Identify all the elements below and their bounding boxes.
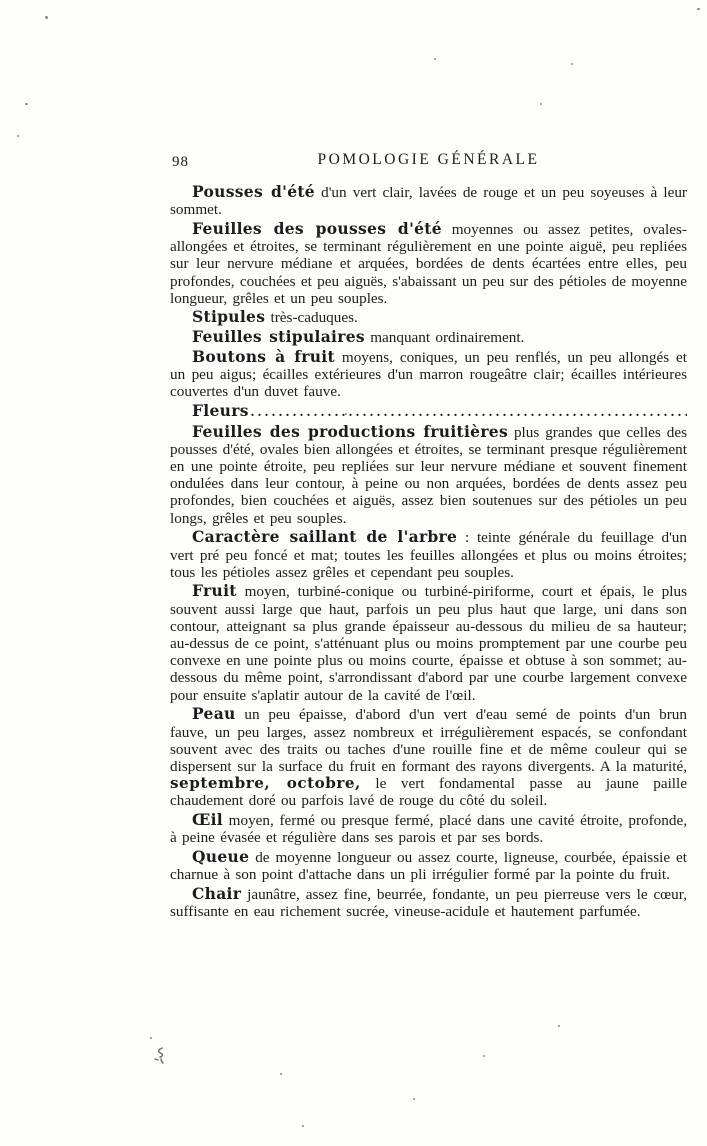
paragraph-fruit: Fruit moyen, turbiné-conique ou turbiné-… — [170, 582, 687, 703]
term-caractere-arbre: Caractère saillant de l'arbre — [192, 527, 457, 546]
paragraph-pousses-d-ete: Pousses d'été d'un vert clair, lavées de… — [170, 183, 687, 218]
term-fruit: Fruit — [192, 581, 237, 600]
term-chair: Chair — [192, 884, 241, 903]
term-oeil: Œil — [192, 810, 223, 829]
scan-speck — [571, 63, 573, 65]
paragraph-oeil: Œil moyen, fermé ou presque fermé, placé… — [170, 811, 687, 846]
book-page: 98 POMOLOGIE GÉNÉRALE Pousses d'été d'un… — [0, 0, 707, 1146]
paragraph-feuilles-productions: Feuilles des productions fruitières plus… — [170, 423, 687, 527]
term-fleurs: Fleurs — [192, 402, 249, 419]
scan-speck — [697, 8, 700, 10]
paragraph-text: moyen, fermé ou presque fermé, placé dan… — [170, 812, 687, 846]
paragraph-text: un peu épaisse, d'abord d'un vert d'eau … — [170, 706, 687, 775]
scan-speck — [434, 58, 436, 60]
paragraph-stipules: Stipules très-caduques. — [170, 308, 687, 326]
scan-speck — [558, 1025, 560, 1027]
maturity-months: septembre, octobre, — [170, 774, 361, 792]
term-peau: Peau — [192, 704, 236, 723]
term-boutons-a-fruit: Boutons à fruit — [192, 347, 335, 366]
scan-speck — [17, 135, 19, 137]
dot-leader: ........................................… — [251, 404, 687, 421]
term-feuilles-productions: Feuilles des productions fruitières — [192, 422, 508, 441]
term-feuilles-pousses: Feuilles des pousses d'été — [192, 219, 442, 238]
paragraph-boutons-a-fruit: Boutons à fruit moyens, coniques, un peu… — [170, 348, 687, 401]
paragraph-feuilles-pousses: Feuilles des pousses d'été moyennes ou a… — [170, 220, 687, 307]
scan-speck — [540, 103, 542, 105]
paragraph-caractere-arbre: Caractère saillant de l'arbre : teinte g… — [170, 528, 687, 581]
term-stipules: Stipules — [192, 307, 265, 326]
paragraph-text: jaunâtre, assez fine, beurrée, fondante,… — [170, 886, 687, 920]
page-number: 98 — [172, 154, 189, 171]
paragraph-text: manquant ordinairement. — [365, 329, 524, 346]
paragraph-text: très-caduques. — [265, 309, 358, 326]
scan-speck — [150, 1037, 152, 1039]
ink-smudge — [152, 1046, 168, 1064]
paragraph-queue: Queue de moyenne longueur ou assez court… — [170, 848, 687, 883]
scan-speck — [280, 1073, 282, 1075]
running-title: POMOLOGIE GÉNÉRALE — [170, 151, 687, 169]
scan-speck — [45, 16, 48, 19]
paragraph-text: moyen, turbiné-conique ou turbiné-pirifo… — [170, 583, 687, 703]
scan-speck — [345, 413, 347, 415]
scan-speck — [25, 103, 28, 105]
row-fleurs: Fleurs..................................… — [170, 402, 687, 421]
term-pousses-d-ete: Pousses d'été — [192, 182, 315, 201]
text-block: Pousses d'été d'un vert clair, lavées de… — [170, 183, 687, 922]
scan-speck — [413, 1098, 415, 1100]
term-feuilles-stipulaires: Feuilles stipulaires — [192, 327, 365, 346]
scan-speck — [483, 1055, 485, 1057]
paragraph-chair: Chair jaunâtre, assez fine, beurrée, fon… — [170, 885, 687, 920]
running-header: 98 POMOLOGIE GÉNÉRALE — [170, 151, 687, 173]
paragraph-feuilles-stipulaires: Feuilles stipulaires manquant ordinairem… — [170, 328, 687, 346]
scan-speck — [302, 1125, 304, 1127]
paragraph-peau: Peau un peu épaisse, d'abord d'un vert d… — [170, 705, 687, 809]
term-queue: Queue — [192, 847, 249, 866]
